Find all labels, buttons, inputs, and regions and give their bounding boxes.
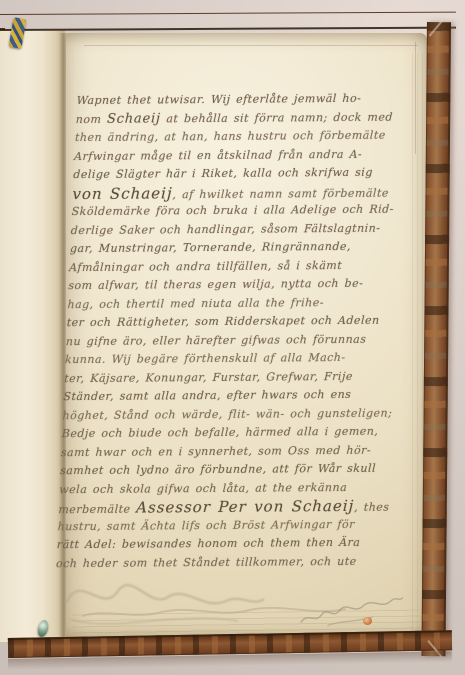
manuscript-word-run: , thes bbox=[354, 501, 390, 514]
manuscript-name-emphasis: von Schaeij bbox=[72, 184, 173, 203]
book-cover-top-edge bbox=[0, 12, 456, 31]
manuscript-word-run: then ändring, at han, hans hustru och fö… bbox=[75, 129, 386, 144]
manuscript-text: Wapnet thet utwisar. Wij efterlåte jemwä… bbox=[56, 89, 403, 573]
manuscript-word-run: derlige Saker och handlingar, såsom Fält… bbox=[71, 221, 381, 236]
wax-mark bbox=[363, 617, 372, 625]
manuscript-word-run: wela och skola gifwa och låta, at the er… bbox=[59, 480, 347, 495]
manuscript-word-run: Sköldemärke föra och bruka i alla Adelig… bbox=[71, 203, 394, 219]
manuscript-name-emphasis: Assessor Per von Schaeij bbox=[136, 497, 355, 517]
manuscript-word-run: ter och Rättigheter, som Ridderskapet oc… bbox=[66, 314, 379, 329]
manuscript-page: Wapnet thet utwisar. Wij efterlåte jemwä… bbox=[66, 33, 427, 639]
manuscript-word-run: rätt Adel: bewisandes honom och them the… bbox=[57, 536, 361, 551]
manuscript-word-run: Bedje och biude och befalle, härmed alla… bbox=[61, 425, 378, 440]
manuscript-word-run: Wapnet thet utwisar. Wij efterlåte jemwä… bbox=[76, 92, 361, 107]
manuscript-word-run: hustru, samt Ächta lifs och Bröst Arfwin… bbox=[57, 517, 355, 532]
manuscript-word-run: samhet och lydno äro förbundne, att för … bbox=[60, 462, 377, 477]
manuscript-word-run: samt hwar och en i synnerhet, som Oss me… bbox=[61, 443, 372, 458]
manuscript-word-run: ter, Käjsare, Konungar, Furstar, Grefwar… bbox=[64, 369, 353, 384]
manuscript-word-run: Ständer, samt alla andra, efter hwars oc… bbox=[63, 388, 351, 403]
manuscript-name-emphasis: Schaeij bbox=[107, 111, 161, 126]
manuscript-word-run: nom bbox=[76, 112, 108, 125]
manuscript-word-run: , af hwilket namn samt förbemälte bbox=[172, 186, 389, 201]
manuscript-word-run: delige Slägter här i Riket, kalla och sk… bbox=[73, 166, 373, 181]
manuscript-word-run: hag, och thertil med niuta alla the frih… bbox=[67, 296, 324, 311]
manuscript-word-run: at behålla sit förra namn; dock med bbox=[161, 110, 394, 125]
photo-background: Wapnet thet utwisar. Wij efterlåte jemwä… bbox=[0, 0, 465, 675]
manuscript-word-run: Afmålningar och andra tillfällen, så i s… bbox=[69, 258, 343, 273]
manuscript-word-run: merbemälte bbox=[58, 503, 136, 517]
manuscript-word-run: höghet, Stånd och wärde, flit- wän- och … bbox=[62, 406, 392, 422]
manuscript-word-run: gar, Munstringar, Tornerande, Ringrännan… bbox=[70, 240, 352, 255]
book-cover-right-edge bbox=[421, 22, 451, 656]
manuscript-word-run: nu gifne äro, eller härefter gifwas och … bbox=[66, 332, 367, 347]
manuscript-word-run: som alfwar, til theras egen wilja, nytta… bbox=[68, 277, 364, 292]
manuscript-word-run: Arfwingar måge til en åtskilnad från and… bbox=[74, 147, 363, 162]
page-top-edge-line bbox=[84, 45, 418, 46]
manuscript-word-run: kunna. Wij begäre förthenskull af alla M… bbox=[65, 351, 346, 366]
